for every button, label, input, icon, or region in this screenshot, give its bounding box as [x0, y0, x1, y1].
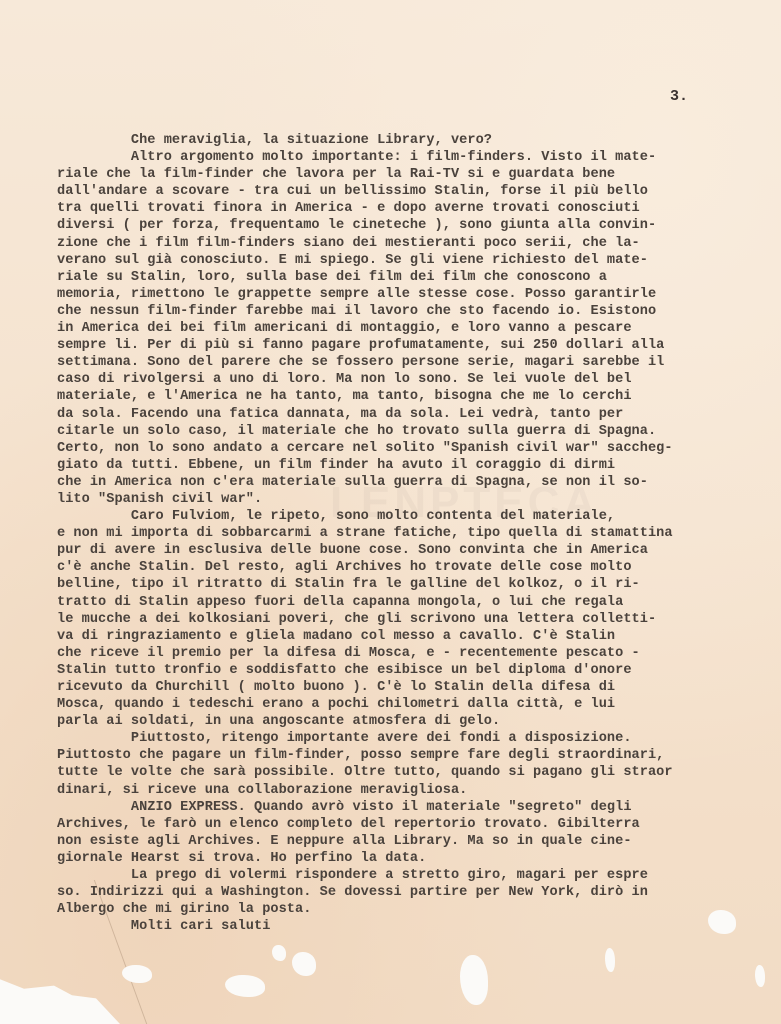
text-line: c'è anche Stalin. Del resto, agli Archiv…	[57, 559, 777, 576]
text-line: giornale Hearst si trova. Ho perfino la …	[57, 850, 777, 867]
text-line: pur di avere in esclusiva delle buone co…	[57, 542, 777, 559]
text-line: Mosca, quando i tedeschi erano a pochi c…	[57, 696, 777, 713]
text-line: materiale, e l'America ne ha tanto, ma t…	[57, 388, 777, 405]
paper-damage	[272, 945, 286, 961]
text-line: Piuttosto, ritengo importante avere dei …	[57, 730, 777, 747]
page-number: 3.	[670, 88, 688, 105]
text-line: e non mi importa di sobbarcarmi a strane…	[57, 525, 777, 542]
text-line: diversi ( per forza, frequentamo le cine…	[57, 217, 777, 234]
text-line: Altro argomento molto importante: i film…	[57, 149, 777, 166]
paper-damage	[460, 955, 488, 1005]
paper-damage	[225, 975, 265, 997]
text-line: Caro Fulviom, le ripeto, sono molto cont…	[57, 508, 777, 525]
text-line: Albergo che mi girino la posta.	[57, 901, 777, 918]
text-line: in America dei bei film americani di mon…	[57, 320, 777, 337]
letter-body: Che meraviglia, la situazione Library, v…	[57, 132, 777, 935]
text-line: tra quelli trovati finora in America - e…	[57, 200, 777, 217]
text-line: riale che la film-finder che lavora per …	[57, 166, 777, 183]
text-line: zione che i film film-finders siano dei …	[57, 235, 777, 252]
text-line: settimana. Sono del parere che se fosser…	[57, 354, 777, 371]
text-line: giato da tutti. Ebbene, un film finder h…	[57, 457, 777, 474]
text-line: che nessun film-finder farebbe mai il la…	[57, 303, 777, 320]
text-line: da sola. Facendo una fatica dannata, ma …	[57, 406, 777, 423]
paper-damage	[708, 910, 736, 934]
text-line: Molti cari saluti	[57, 918, 777, 935]
paper-damage	[292, 952, 316, 976]
text-line: La prego di volermi rispondere a stretto…	[57, 867, 777, 884]
text-line: verano sul già conosciuto. E mi spiego. …	[57, 252, 777, 269]
text-line: che in America non c'era materiale sulla…	[57, 474, 777, 491]
text-line: dinari, si riceve una collaborazione mer…	[57, 782, 777, 799]
text-line: tutte le volte che sarà possibile. Oltre…	[57, 764, 777, 781]
text-line: dall'andare a scovare - tra cui un belli…	[57, 183, 777, 200]
text-line: belline, tipo il ritratto di Stalin fra …	[57, 576, 777, 593]
text-line: caso di rivolgersi a uno di loro. Ma non…	[57, 371, 777, 388]
text-line: ANZIO EXPRESS. Quando avrò visto il mate…	[57, 799, 777, 816]
text-line: lito "Spanish civil war".	[57, 491, 777, 508]
text-line: sempre li. Per di più si fanno pagare pr…	[57, 337, 777, 354]
paper-damage	[605, 948, 615, 972]
text-line: le mucche a dei kolkosiani poveri, che g…	[57, 611, 777, 628]
text-line: non esiste agli Archives. E neppure alla…	[57, 833, 777, 850]
paper-damage	[755, 965, 765, 987]
text-line: Piuttosto che pagare un film-finder, pos…	[57, 747, 777, 764]
text-line: parla ai soldati, in una angoscante atmo…	[57, 713, 777, 730]
text-line: Stalin tutto tronfio e soddisfatto che e…	[57, 662, 777, 679]
text-line: Archives, le farò un elenco completo del…	[57, 816, 777, 833]
text-line: memoria, rimettono le grappette sempre a…	[57, 286, 777, 303]
text-line: tratto di Stalin appeso fuori della capa…	[57, 594, 777, 611]
text-line: Certo, non lo sono andato a cercare nel …	[57, 440, 777, 457]
text-line: che riceve il premio per la difesa di Mo…	[57, 645, 777, 662]
text-line: citarle un solo caso, il materiale che h…	[57, 423, 777, 440]
text-line: so. Indirizzi qui a Washington. Se doves…	[57, 884, 777, 901]
text-line: Che meraviglia, la situazione Library, v…	[57, 132, 777, 149]
text-line: riale su Stalin, loro, sulla base dei fi…	[57, 269, 777, 286]
text-line: ricevuto da Churchill ( molto buono ). C…	[57, 679, 777, 696]
text-line: va di ringraziamento e gliela madano col…	[57, 628, 777, 645]
